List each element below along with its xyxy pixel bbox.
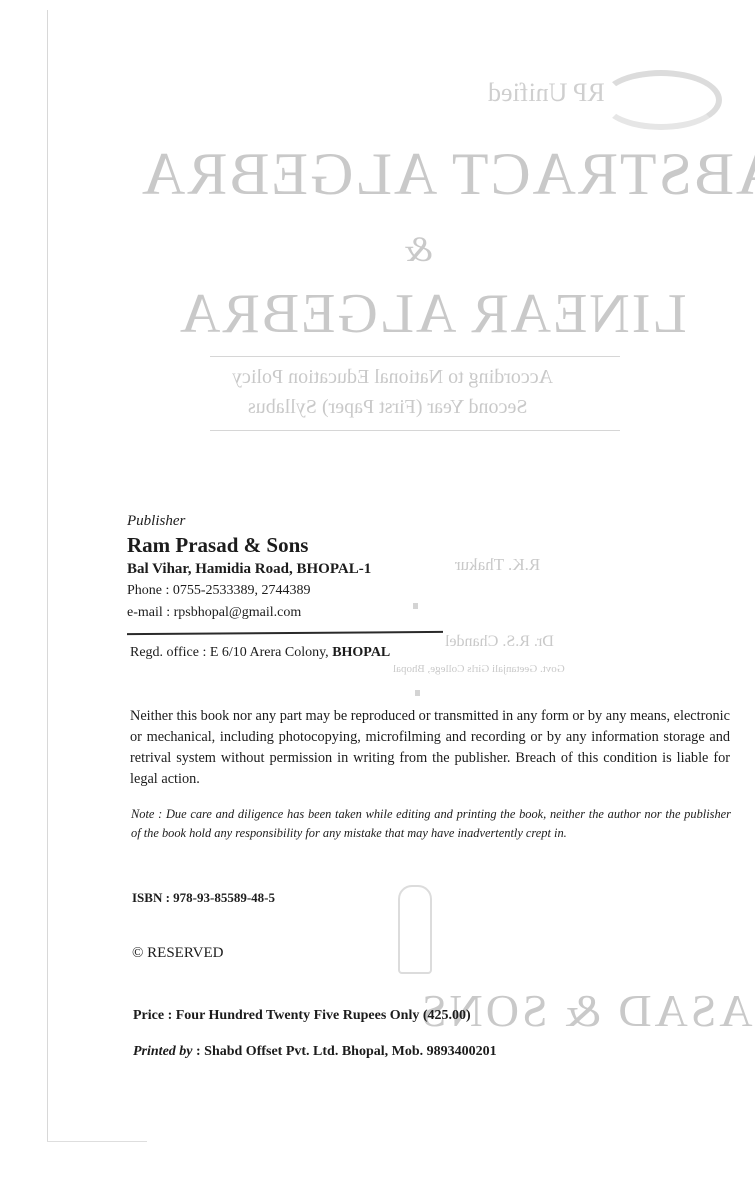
ghost-subtitle-line2: Second Year (First Paper) Syllabus [248,396,527,419]
price: Price : Four Hundred Twenty Five Rupees … [133,1008,471,1024]
registered-office-address: Regd. office : E 6/10 Arera Colony, [130,645,332,660]
disclaimer-note: Note : Due care and diligence has been t… [131,805,731,843]
ghost-author1: R.K. Thakur [455,555,540,575]
registered-office: Regd. office : E 6/10 Arera Colony, BHOP… [130,645,390,661]
publisher-divider [127,631,443,635]
ghost-ampersand: & [405,228,433,270]
printer-details: : Shabd Offset Pvt. Ltd. Bhopal, Mob. 98… [193,1044,497,1059]
isbn: ISBN : 978-93-85589-48-5 [132,890,275,906]
copyright-notice: Neither this book nor any part may be re… [130,706,730,790]
page-edge-left [47,10,48,1142]
ghost-author2: Dr. R.S. Chandel [445,633,554,651]
publisher-block: Publisher Ram Prasad & Sons Bal Vihar, H… [127,512,447,624]
ghost-title-line1: ABSTRACT ALGEBRA [140,140,755,209]
publisher-name: Ram Prasad & Sons [127,532,447,558]
ghost-publisher-logo-icon [398,885,432,974]
registered-office-city: BHOPAL [332,645,390,660]
ghost-author2-affiliation: Govt. Geetanjali Girls College, Bhopal [393,663,565,675]
ghost-subtitle-line1: According to National Education Policy [232,366,553,389]
publisher-label: Publisher [127,512,447,531]
ghost-rule-top [210,356,620,357]
ghost-rule-bottom [210,430,620,431]
publisher-email: e-mail : rpsbhopal@gmail.com [127,602,447,624]
ghost-brand: RP Unified [488,78,605,108]
ghost-brand-logo-icon [600,70,722,130]
ghost-title-line2: LINEAR ALGEBRA [178,282,687,346]
publisher-address: Bal Vihar, Hamidia Road, BHOPAL-1 [127,559,447,580]
page-edge-bottom [47,1141,147,1142]
printer-info: Printed by : Shabd Offset Pvt. Ltd. Bhop… [133,1044,497,1060]
reserved-notice: © RESERVED [132,945,223,962]
printer-label: Printed by [133,1044,193,1059]
ghost-separator-icon [415,690,420,696]
publisher-phone: Phone : 0755-2533389, 2744389 [127,580,447,602]
